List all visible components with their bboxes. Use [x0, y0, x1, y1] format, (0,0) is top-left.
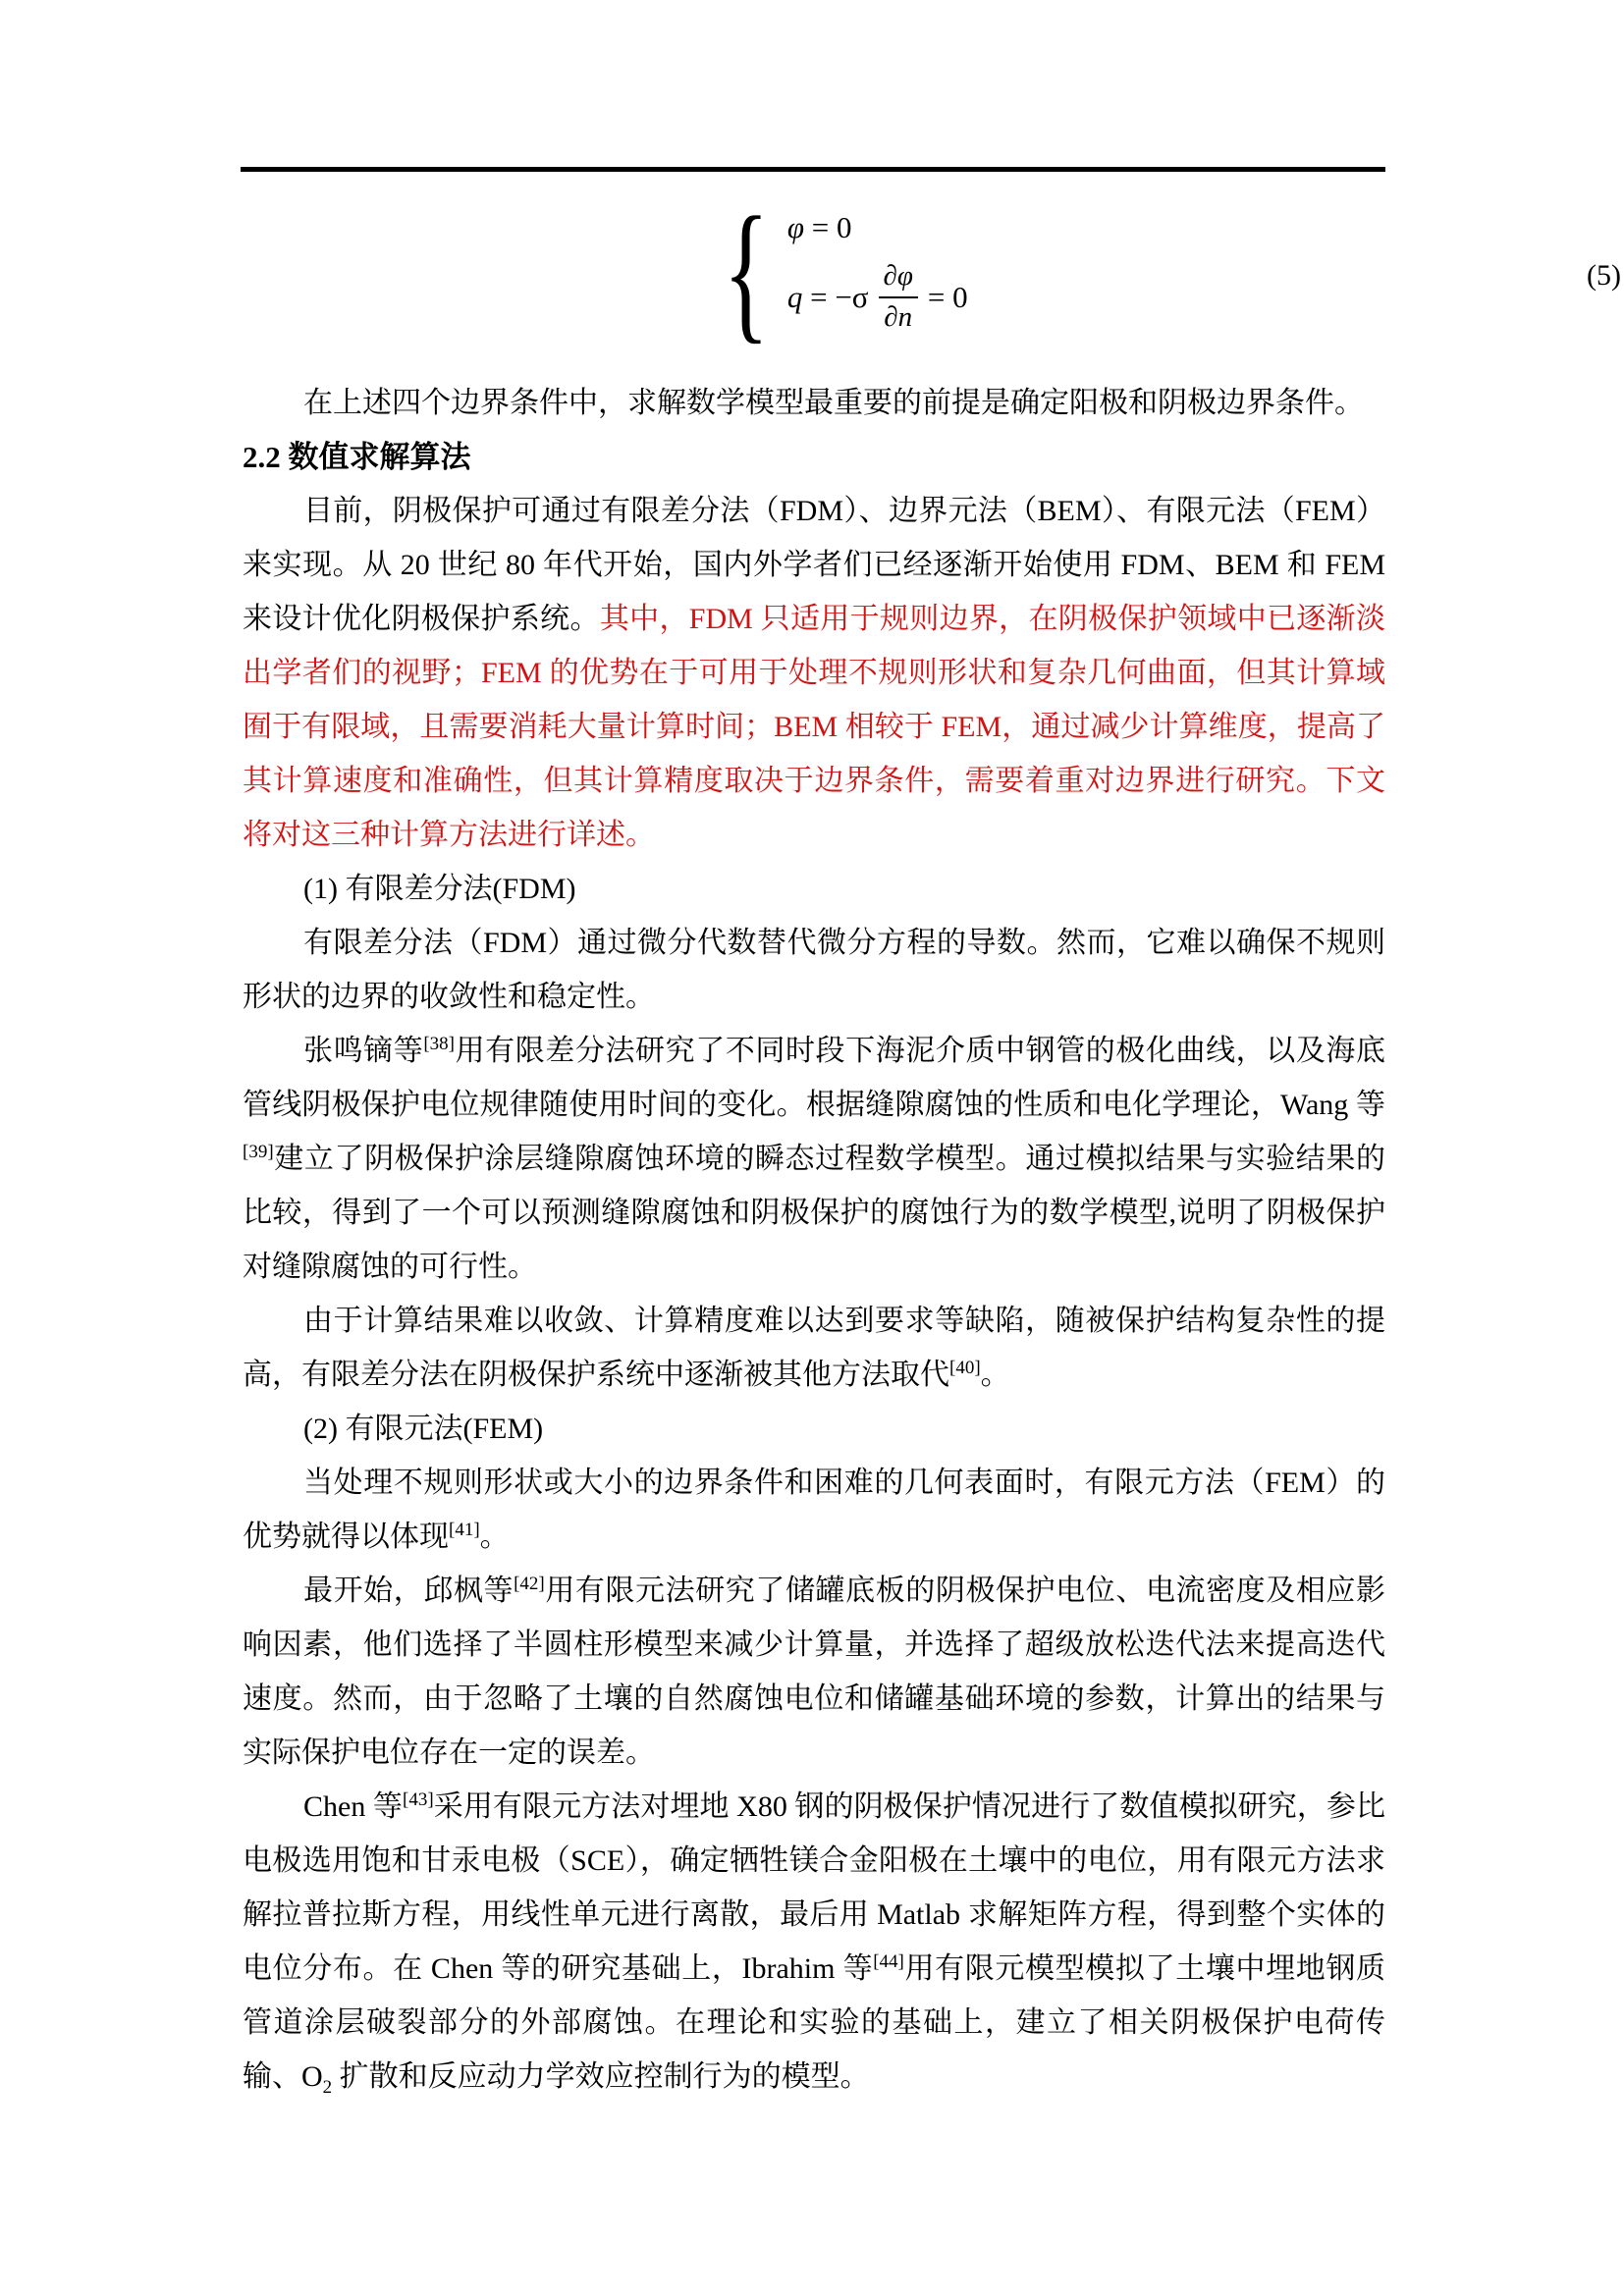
- citation-ref: [44]: [873, 1951, 904, 1972]
- equation-line-1: φ = 0: [787, 210, 968, 245]
- text-run: 由于计算结果难以收敛、计算精度难以达到要求等缺陷，随被保护结构复杂性的提高，有限…: [243, 1305, 1385, 1391]
- text-run: 数值求解算法: [289, 440, 471, 474]
- q-symbol: q: [787, 280, 803, 315]
- equation: { φ = 0 q = −σ∂φ∂n= 0: [709, 194, 968, 349]
- paragraph: 目前，阴极保护可通过有限差分法（FDM）、边界元法（BEM）、有限元法（FEM）…: [243, 484, 1385, 862]
- paragraph: 张鸣镝等[38]用有限差分法研究了不同时段下海泥介质中钢管的极化曲线，以及海底管…: [243, 1024, 1385, 1294]
- citation-ref: [40]: [949, 1358, 981, 1378]
- equation-rows: φ = 0 q = −σ∂φ∂n= 0: [787, 210, 968, 334]
- citation-ref: [42]: [514, 1574, 545, 1594]
- text-run: 张鸣镝等: [303, 1035, 423, 1067]
- citation-ref: [43]: [403, 1789, 434, 1810]
- paragraph: (1) 有限差分法(FDM): [243, 862, 1385, 916]
- text-run: 其中，FDM 只适用于规则边界，在阴极保护领域中已逐渐淡出学者们的视野；FEM …: [243, 603, 1385, 851]
- equals-zero: = 0: [804, 210, 851, 245]
- paragraph: Chen 等[43]采用有限元方法对埋地 X80 钢的阴极保护情况进行了数值模拟…: [243, 1780, 1385, 2104]
- heading-number: 2.2: [243, 440, 289, 474]
- paragraph: 由于计算结果难以收敛、计算精度难以达到要求等缺陷，随被保护结构复杂性的提高，有限…: [243, 1294, 1385, 1402]
- text-run: 扩散和反应动力学效应控制行为的模型。: [332, 2060, 870, 2093]
- text-run: 当处理不规则形状或大小的边界条件和困难的几何表面时，有限元方法（FEM）的优势就…: [243, 1467, 1385, 1553]
- equation-number: (5): [1587, 259, 1621, 293]
- text-run: 在上述四个边界条件中，求解数学模型最重要的前提是确定阳极和阴极边界条件。: [303, 387, 1364, 419]
- paragraph: (2) 有限元法(FEM): [243, 1402, 1385, 1456]
- citation-ref: [41]: [449, 1520, 480, 1540]
- citation-ref: [39]: [243, 1142, 274, 1162]
- text-run: (2) 有限元法(FEM): [303, 1413, 543, 1445]
- text-run: (1) 有限差分法(FDM): [303, 873, 576, 905]
- equation-block: { φ = 0 q = −σ∂φ∂n= 0 (5): [0, 188, 1624, 365]
- content: 在上述四个边界条件中，求解数学模型最重要的前提是确定阳极和阴极边界条件。2.2 …: [243, 376, 1385, 2104]
- text-run: 。: [480, 1521, 510, 1553]
- equation-line-2: q = −σ∂φ∂n= 0: [787, 260, 968, 334]
- header-rule: [241, 167, 1385, 172]
- section-heading: 2.2 数值求解算法: [243, 430, 1385, 484]
- paragraph: 在上述四个边界条件中，求解数学模型最重要的前提是确定阳极和阴极边界条件。: [243, 376, 1385, 430]
- paragraph: 最开始，邱枫等[42]用有限元法研究了储罐底板的阴极保护电位、电流密度及相应影响…: [243, 1564, 1385, 1780]
- minus-sigma: = −σ: [802, 280, 868, 315]
- fraction-denominator: ∂n: [884, 298, 912, 334]
- text-run: 最开始，邱枫等: [303, 1575, 514, 1607]
- paragraph: 当处理不规则形状或大小的边界条件和困难的几何表面时，有限元方法（FEM）的优势就…: [243, 1456, 1385, 1564]
- equals-zero-2: = 0: [928, 280, 968, 315]
- left-brace: {: [723, 194, 769, 349]
- phi-symbol: φ: [787, 210, 804, 245]
- fraction-numerator: ∂φ: [879, 260, 918, 297]
- text-run: 。: [981, 1359, 1010, 1391]
- document-page: { "page": { "colors": { "text": "#000000…: [0, 0, 1624, 2296]
- text-run: 建立了阴极保护涂层缝隙腐蚀环境的瞬态过程数学模型。通过模拟结果与实验结果的比较，…: [243, 1143, 1385, 1283]
- citation-ref: [38]: [423, 1034, 455, 1054]
- subscript: 2: [323, 2077, 333, 2098]
- text-run: 有限差分法（FDM）通过微分代数替代微分方程的导数。然而，它难以确保不规则形状的…: [243, 927, 1385, 1013]
- paragraph: 有限差分法（FDM）通过微分代数替代微分方程的导数。然而，它难以确保不规则形状的…: [243, 916, 1385, 1024]
- text-run: Chen 等: [303, 1790, 403, 1823]
- partial-fraction: ∂φ∂n: [879, 260, 918, 334]
